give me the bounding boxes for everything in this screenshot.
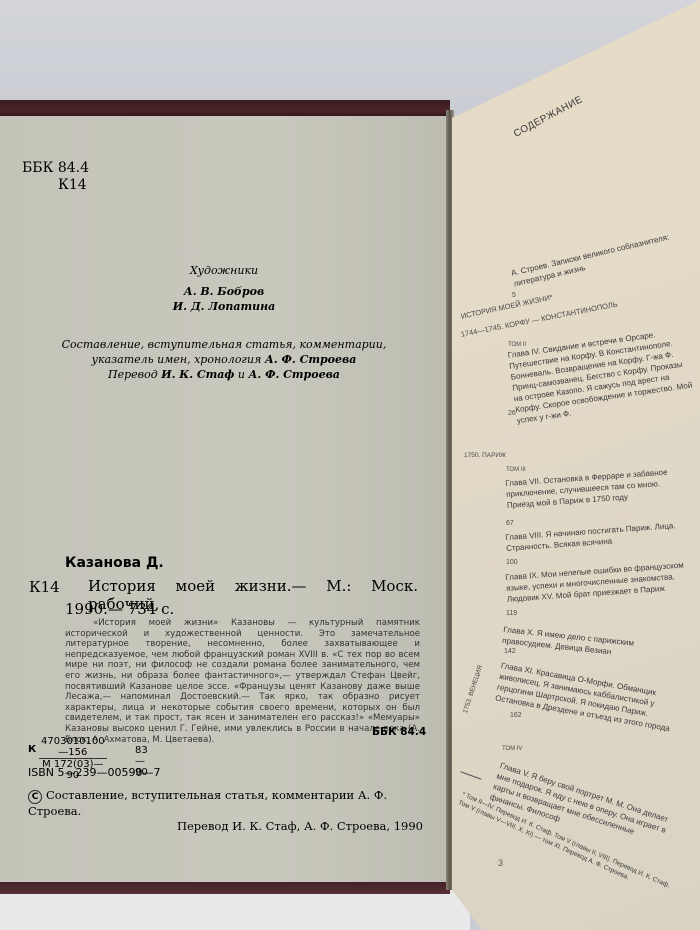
copyright-block: CСоставление, вступительная статья, комм… <box>28 788 423 834</box>
copyright-line: Перевод И. К. Стаф, А. Ф. Строева, 1990 <box>28 819 423 834</box>
artist-name: И. Д. Лопатина <box>0 299 448 314</box>
toc-entry: Глава XI. Красавица О-Морфи. Обманщик жи… <box>494 660 684 735</box>
toc-page-number: 142 <box>504 648 516 655</box>
page-number: 3 <box>498 858 503 868</box>
catalog-sign: К14 <box>29 578 60 596</box>
isbn: ISBN 5—239—00590—7 <box>28 766 160 779</box>
toc-section-heading: 1750. ПАРИЖ <box>464 452 506 459</box>
toc-page-number: 67 <box>506 520 514 527</box>
toc-entry: Глава IV. Свидание и встречи в Орсаре. П… <box>507 325 696 426</box>
artist-name: А. В. Бобров <box>0 284 448 299</box>
table-of-contents: СОДЕРЖАНИЕ А. Строев. Записки великого с… <box>452 0 700 930</box>
toc-entry: Глава VII. Остановка в Ферраре и забавно… <box>505 465 687 510</box>
bbk-code: ББК 84.4 <box>22 160 89 177</box>
book-annotation: «История моей жизни» Казановы — культурн… <box>65 618 420 745</box>
artists-label: Художники <box>0 263 448 278</box>
toc-volume: ТОМ III <box>506 467 526 473</box>
catalog-author: Казанова Д. <box>65 555 164 571</box>
toc-entry: Глава VIII. Я начинаю постигать Париж. Л… <box>505 519 686 554</box>
translator-name: А. Ф. Строева <box>248 368 340 381</box>
toc-section-heading: 1744—1745. КОРФУ — КОНСТАНТИНОПОЛЬ <box>460 300 618 339</box>
credits-line: указатель имен, хронология А. Ф. Строева <box>0 352 448 367</box>
bbk-code-bottom: ББК 84.4 <box>372 726 426 738</box>
toc-page-number: 119 <box>506 610 517 617</box>
toc-entry: Глава IX. Мои нелепые ошибки во французс… <box>505 559 687 604</box>
toc-page-number: 5 <box>512 292 516 299</box>
bbk-classification: ББК 84.4 К14 <box>22 160 89 194</box>
toc-entry: Глава X. Я имею дело с парижским правосу… <box>502 624 683 665</box>
credits-block: Составление, вступительная статья, комме… <box>0 337 448 382</box>
catalog-year-pages: 1990.— 734 с. <box>65 600 174 618</box>
toc-section-heading: 1753. ВЕНЕЦИЯ <box>462 664 484 714</box>
code-numerator: 4703010100—156 <box>39 736 107 759</box>
toc-intro-entry: А. Строев. Записки великого соблазнителя… <box>510 230 681 290</box>
toc-page-number: 26 <box>508 410 516 417</box>
code-letter: К <box>28 744 36 755</box>
book-cover-bottom-edge <box>0 880 450 894</box>
compiler-name: А. Ф. Строева <box>265 353 357 366</box>
author-sign: К14 <box>22 177 89 194</box>
translator-name: И. К. Стаф <box>161 368 234 381</box>
toc-title: СОДЕРЖАНИЕ <box>512 94 585 140</box>
toc-page-number: 162 <box>510 712 522 719</box>
credits-line: Составление, вступительная статья, комме… <box>0 337 448 352</box>
artists-block: Художники А. В. Бобров И. Д. Лопатина <box>0 263 448 314</box>
toc-volume: ТОМ IV <box>502 746 522 752</box>
credits-line: Перевод И. К. Стаф и А. Ф. Строева <box>0 367 448 382</box>
copyright-icon: C <box>28 790 42 804</box>
copyright-line: Составление, вступительная статья, комме… <box>28 788 387 818</box>
toc-page-number: 100 <box>506 559 518 566</box>
